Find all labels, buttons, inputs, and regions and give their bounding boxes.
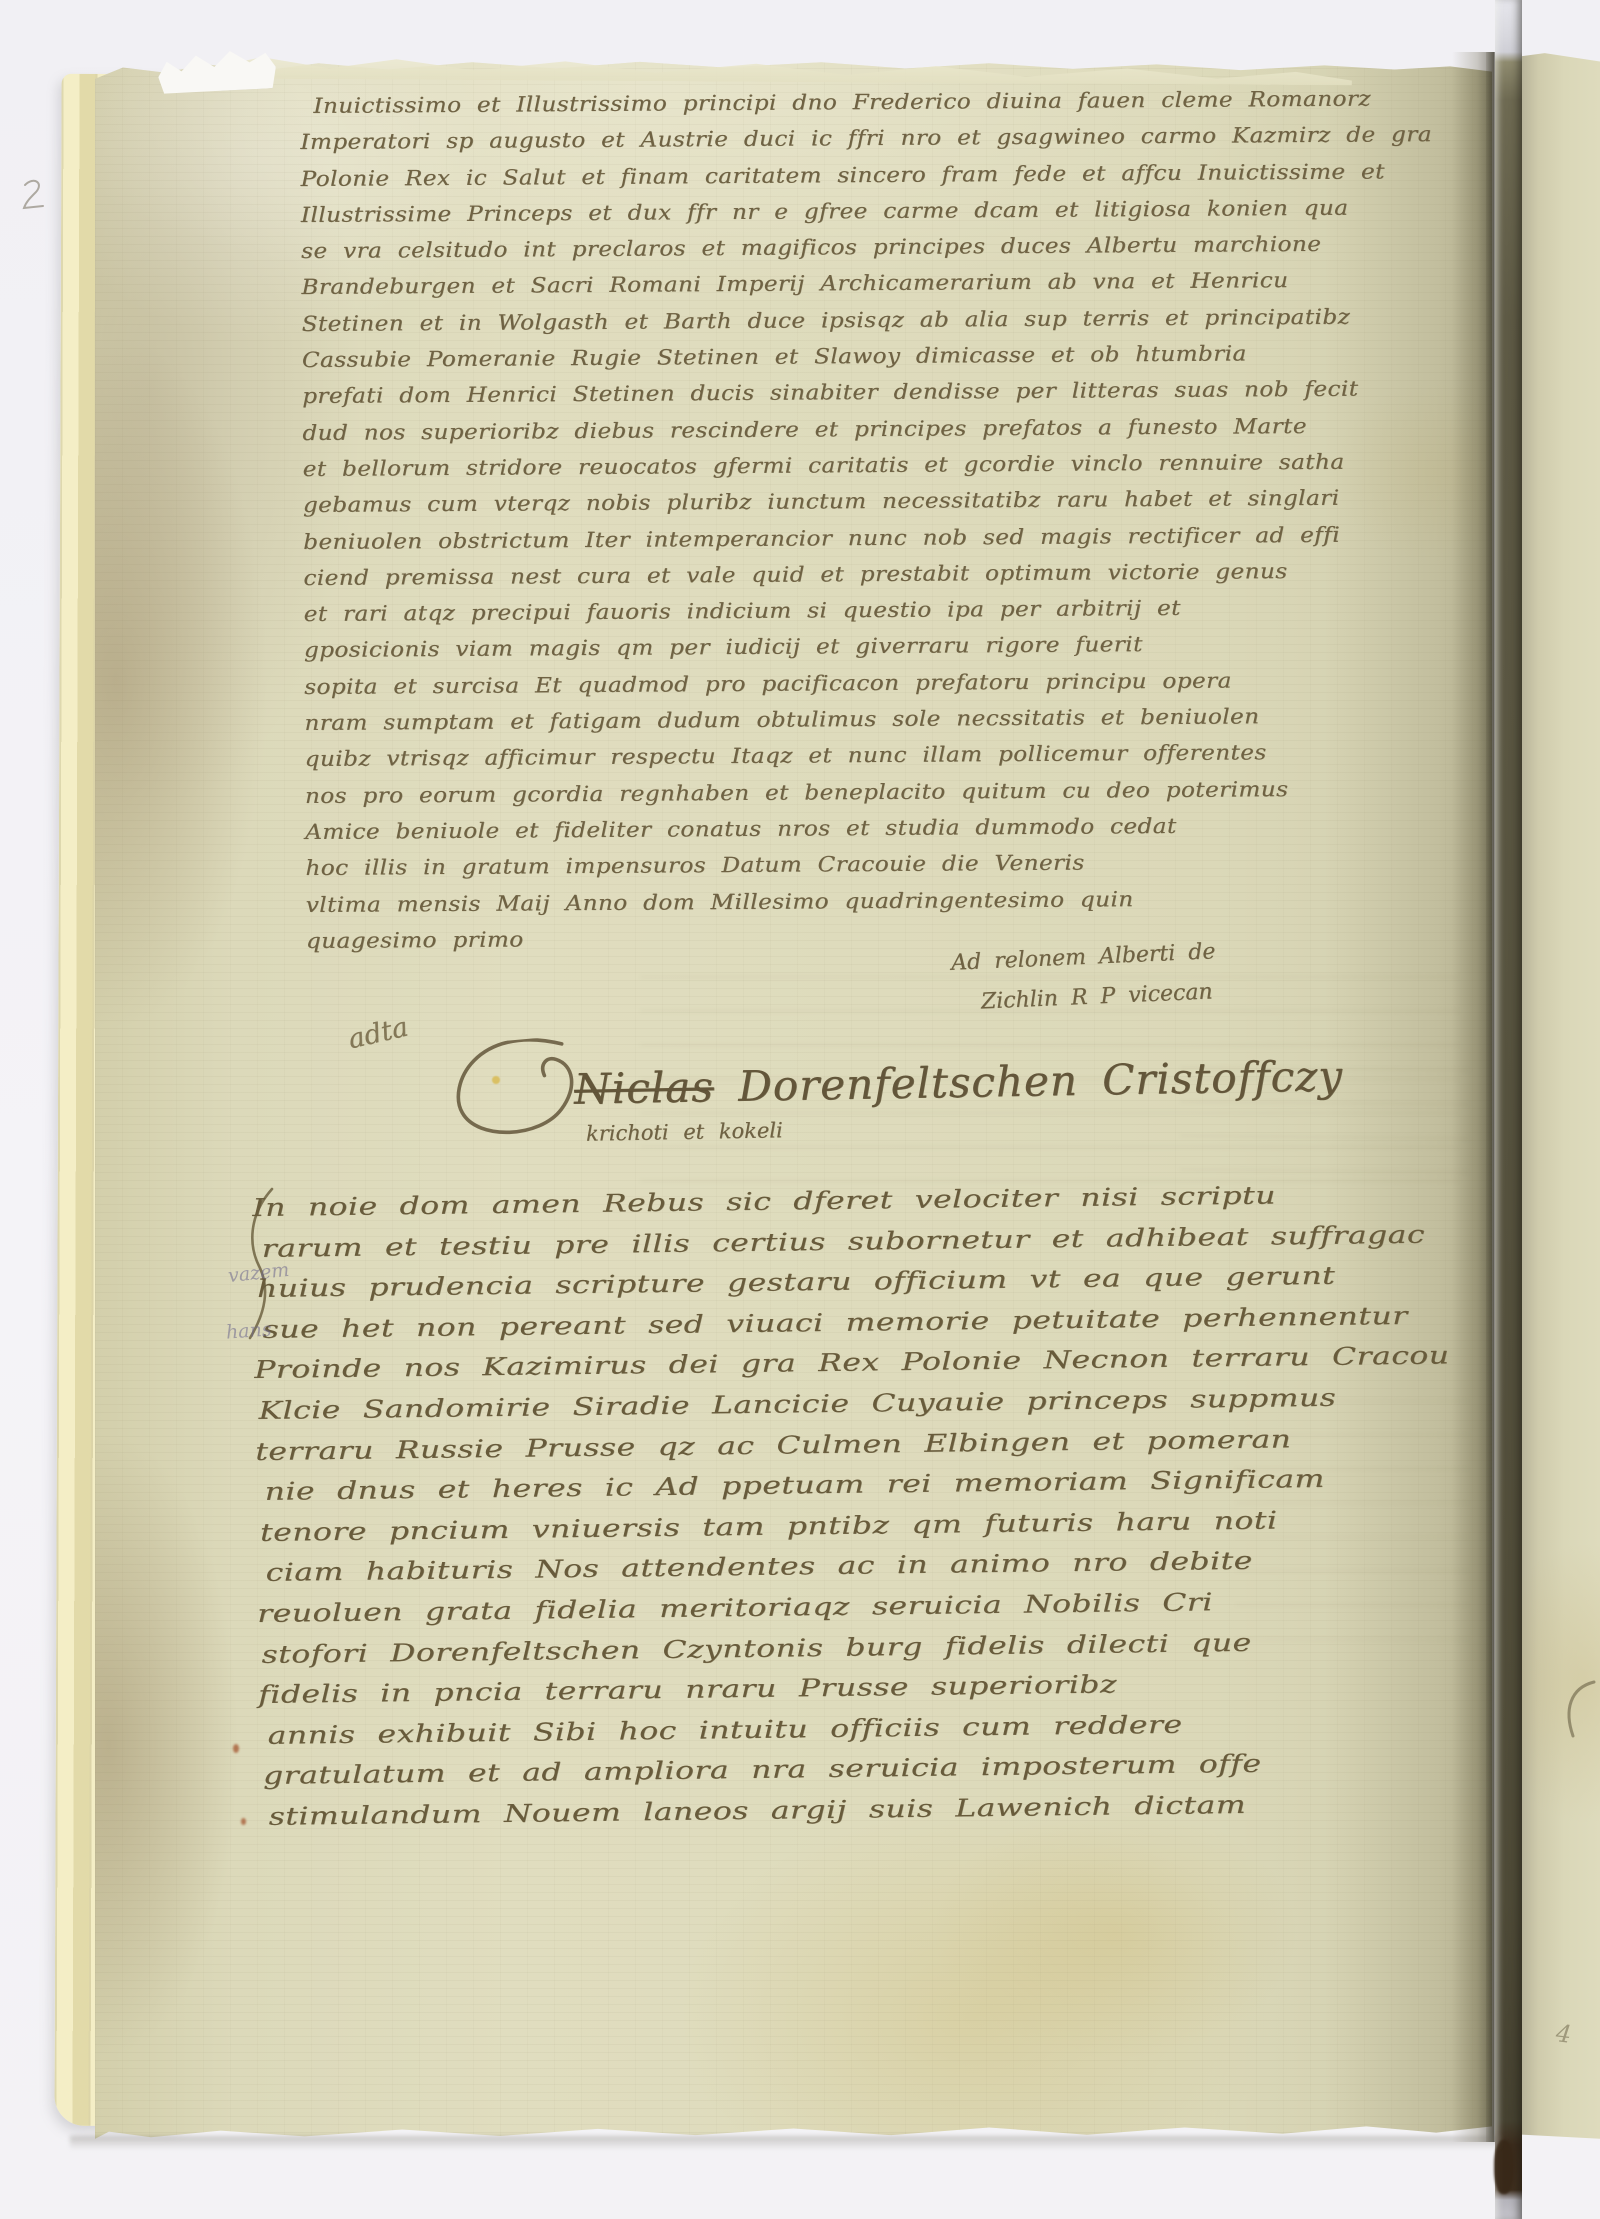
gray-margin-note: hans bbox=[225, 1318, 272, 1343]
red-ink-spot bbox=[233, 1744, 239, 1753]
page-bottom-shadow bbox=[70, 2136, 1500, 2150]
royal-letter-block: Inuictissimo et Illustrissimo principi d… bbox=[300, 80, 1438, 959]
right-page-parchment bbox=[1521, 50, 1600, 2144]
pen-flourish-icon bbox=[1560, 1676, 1598, 1740]
heading-subscript: krichoti et kokeli bbox=[586, 1118, 783, 1145]
grant-text-block: In noie dom amen Rebus sic dferet veloci… bbox=[252, 1173, 1455, 1837]
manuscript-photo: Inuictissimo et Illustrissimo principi d… bbox=[0, 0, 1600, 2219]
signature-block: Ad relonem Alberti de Zichlin R P viceca… bbox=[950, 932, 1218, 1023]
initial-flourish-icon bbox=[441, 1034, 592, 1156]
torn-paper-sliver bbox=[157, 46, 278, 96]
heading-struck-word: Niclas bbox=[574, 1062, 715, 1113]
margin-scribble-icon bbox=[20, 176, 48, 214]
glass-weight-rod bbox=[1495, 0, 1522, 2219]
red-ink-spot bbox=[241, 1818, 246, 1825]
